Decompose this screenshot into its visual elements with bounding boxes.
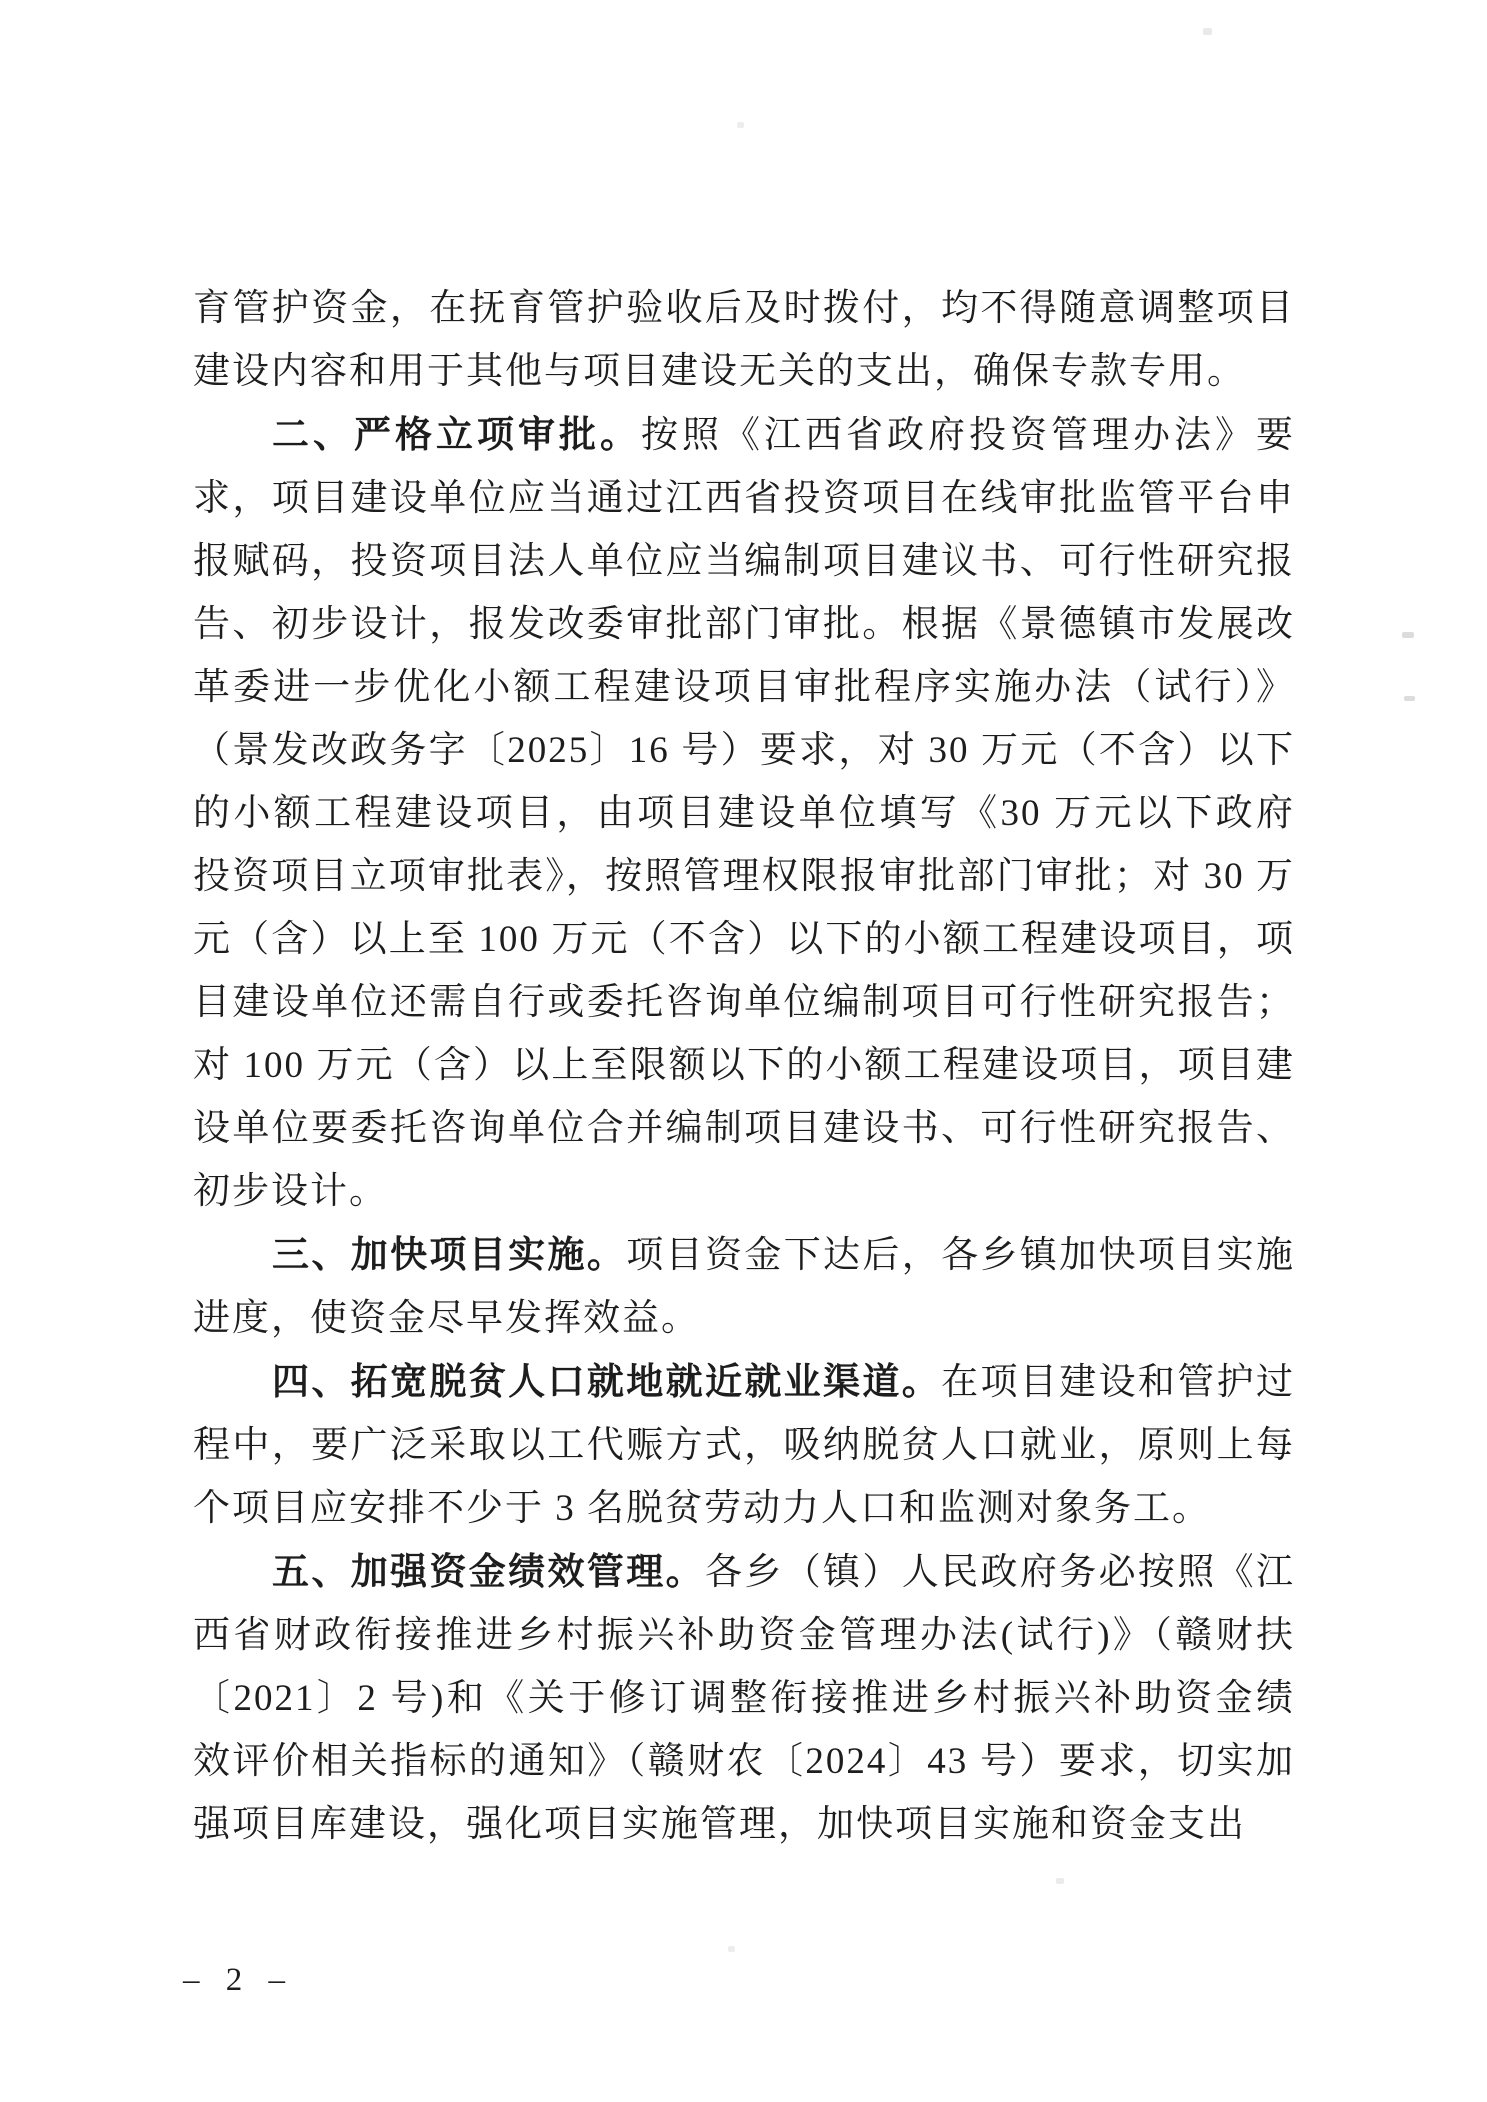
paragraph-section-2: 二、严格立项审批。按照《江西省政府投资管理办法》要求，项目建设单位应当通过江西省… bbox=[193, 403, 1295, 1223]
paragraph-continuation: 育管护资金，在抚育管护验收后及时拨付，均不得随意调整项目建设内容和用于其他与项目… bbox=[193, 277, 1295, 403]
scan-speck bbox=[1402, 632, 1414, 638]
document-body: 育管护资金，在抚育管护验收后及时拨付，均不得随意调整项目建设内容和用于其他与项目… bbox=[193, 277, 1295, 1856]
paragraph-text: 按照《江西省政府投资管理办法》要求，项目建设单位应当通过江西省投资项目在线审批监… bbox=[193, 415, 1295, 1212]
paragraph-section-4: 四、拓宽脱贫人口就地就近就业渠道。在项目建设和管护过程中，要广泛采取以工代赈方式… bbox=[193, 1350, 1295, 1540]
paragraph-section-5: 五、加强资金绩效管理。各乡（镇）人民政府务必按照《江西省财政衔接推进乡村振兴补助… bbox=[193, 1540, 1295, 1856]
scan-speck bbox=[1203, 28, 1212, 35]
scan-speck bbox=[1056, 1878, 1064, 1884]
page-number: – 2 – bbox=[183, 1962, 294, 1998]
scan-speck bbox=[1404, 696, 1415, 701]
section-5-heading: 五、加强资金绩效管理。 bbox=[272, 1551, 705, 1592]
section-4-heading: 四、拓宽脱贫人口就地就近就业渠道。 bbox=[272, 1361, 941, 1402]
paragraph-section-3: 三、加快项目实施。项目资金下达后，各乡镇加快项目实施进度，使资金尽早发挥效益。 bbox=[193, 1223, 1295, 1350]
page-footer: – 2 – bbox=[183, 1962, 294, 1999]
paragraph-text: 各乡（镇）人民政府务必按照《江西省财政衔接推进乡村振兴补助资金管理办法(试行)》… bbox=[193, 1552, 1295, 1845]
section-2-heading: 二、严格立项审批。 bbox=[272, 414, 641, 455]
scanned-document-page: 育管护资金，在抚育管护验收后及时拨付，均不得随意调整项目建设内容和用于其他与项目… bbox=[0, 0, 1487, 2102]
scan-speck bbox=[737, 122, 744, 128]
scan-speck bbox=[728, 1946, 735, 1952]
paragraph-text: 育管护资金，在抚育管护验收后及时拨付，均不得随意调整项目建设内容和用于其他与项目… bbox=[193, 288, 1295, 392]
section-3-heading: 三、加快项目实施。 bbox=[272, 1234, 626, 1275]
